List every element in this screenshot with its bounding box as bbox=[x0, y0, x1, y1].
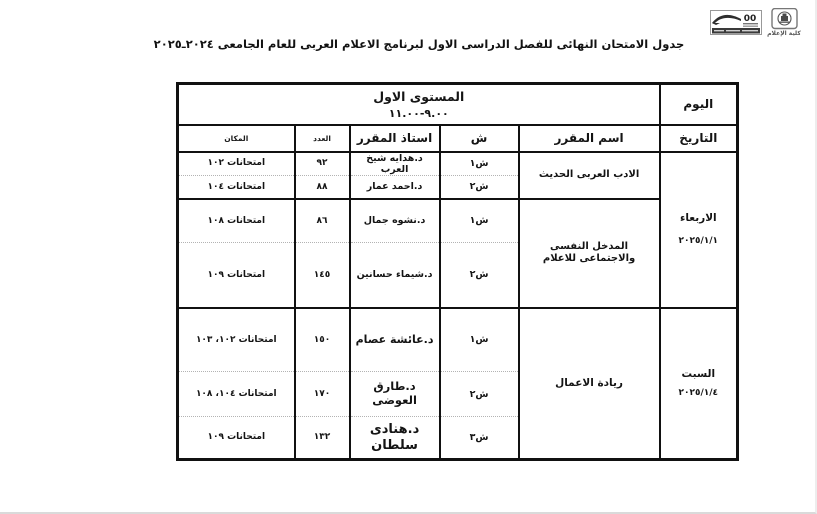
professor-cell: د.طارق العوضى bbox=[350, 372, 440, 417]
place-cell: امتحانات ١٠٢، ١٠٣ bbox=[178, 308, 295, 372]
day-name: الاربعاء bbox=[663, 212, 735, 225]
section-cell: ش٢ bbox=[440, 372, 519, 417]
place-cell: امتحانات ١٠٤، ١٠٨ bbox=[178, 372, 295, 417]
page-title: جدول الامتحان النهائى للفصل الدراسى الاو… bbox=[99, 37, 739, 51]
count-cell: ٨٨ bbox=[295, 176, 350, 199]
section-cell: ش٢ bbox=[440, 176, 519, 199]
table-row: السبت ٢٠٢٥/١/٤ ريادة الاعمال ش١ د.عائشة … bbox=[178, 308, 738, 372]
day-header-cell: اليوم bbox=[660, 84, 738, 125]
count-cell: ٩٢ bbox=[295, 152, 350, 176]
section-cell: ش١ bbox=[440, 308, 519, 372]
section-cell: ش١ bbox=[440, 199, 519, 243]
professor-cell: د.شيماء حسانين bbox=[350, 243, 440, 308]
section-cell: ش٣ bbox=[440, 417, 519, 460]
date-value: ٢٠٢٥/١/٤ bbox=[663, 388, 735, 399]
document-page: 00 كلية الإعلام جدول الامتحان النهائى لل… bbox=[0, 0, 817, 514]
table-header-row-level: اليوم المستوى الاول ٩.٠٠-١١.٠٠ bbox=[178, 84, 738, 125]
date-value: ٢٠٢٥/١/١ bbox=[663, 236, 735, 247]
centennial-number: 00 bbox=[744, 14, 757, 24]
count-cell: ٨٦ bbox=[295, 199, 350, 243]
section-cell: ش٢ bbox=[440, 243, 519, 308]
count-cell: ١٤٥ bbox=[295, 243, 350, 308]
count-cell: ١٥٠ bbox=[295, 308, 350, 372]
place-cell: امتحانات ١٠٨ bbox=[178, 199, 295, 243]
count-header-cell: العدد bbox=[295, 125, 350, 152]
count-cell: ١٣٢ bbox=[295, 417, 350, 460]
place-cell: امتحانات ١٠٩ bbox=[178, 243, 295, 308]
level-label: المستوى الاول bbox=[181, 89, 657, 104]
professor-cell: د.هدايه شيخ العرب bbox=[350, 152, 440, 176]
place-cell: امتحانات ١٠٤ bbox=[178, 176, 295, 199]
professor-cell: د.هنادى سلطان bbox=[350, 417, 440, 460]
university-centennial-logo: 00 bbox=[710, 10, 762, 35]
exam-schedule-table: اليوم المستوى الاول ٩.٠٠-١١.٠٠ التاريخ ا… bbox=[176, 82, 739, 461]
level-header-cell: المستوى الاول ٩.٠٠-١١.٠٠ bbox=[178, 84, 660, 125]
course-name-cell: ريادة الاعمال bbox=[519, 308, 660, 460]
faculty-logo bbox=[771, 8, 798, 30]
time-range: ٩.٠٠-١١.٠٠ bbox=[181, 107, 657, 120]
place-header-cell: المكان bbox=[178, 125, 295, 152]
table-row: الاربعاء ٢٠٢٥/١/١ الادب العربى الحديث ش١… bbox=[178, 152, 738, 176]
table-header-row-columns: التاريخ اسم المقرر ش استاذ المقرر العدد … bbox=[178, 125, 738, 152]
date-header-cell: التاريخ bbox=[660, 125, 738, 152]
day-name: السبت bbox=[663, 368, 735, 381]
section-header-cell: ش bbox=[440, 125, 519, 152]
course-header-cell: اسم المقرر bbox=[519, 125, 660, 152]
professor-header-cell: استاذ المقرر bbox=[350, 125, 440, 152]
section-cell: ش١ bbox=[440, 152, 519, 176]
professor-cell: د.نشوه جمال bbox=[350, 199, 440, 243]
day-date-cell: السبت ٢٠٢٥/١/٤ bbox=[660, 308, 738, 460]
day-date-cell: الاربعاء ٢٠٢٥/١/١ bbox=[660, 152, 738, 308]
course-name-cell: الادب العربى الحديث bbox=[519, 152, 660, 199]
table-row: المدخل النفسى والاجتماعى للاعلام ش١ د.نش… bbox=[178, 199, 738, 243]
faculty-logo-caption: كلية الإعلام bbox=[761, 30, 807, 37]
place-cell: امتحانات ١٠٩ bbox=[178, 417, 295, 460]
place-cell: امتحانات ١٠٢ bbox=[178, 152, 295, 176]
course-name-cell: المدخل النفسى والاجتماعى للاعلام bbox=[519, 199, 660, 308]
professor-cell: د.احمد عمار bbox=[350, 176, 440, 199]
professor-cell: د.عائشة عصام bbox=[350, 308, 440, 372]
count-cell: ١٧٠ bbox=[295, 372, 350, 417]
